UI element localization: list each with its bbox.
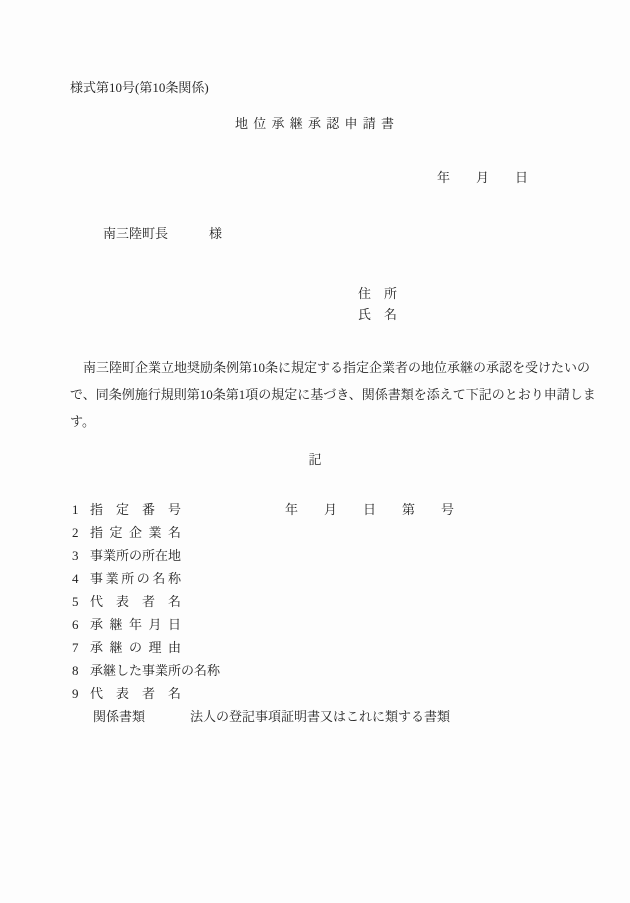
item-number: 8 (72, 659, 90, 682)
list-item-5: 5代 表 者 名 (72, 590, 220, 613)
sender-address-label: 住 所 (358, 283, 397, 304)
item-list: 1指 定 番 号年 月 日 第 号2指 定 企 業 名3事業所の所在地4事 業 … (72, 498, 220, 705)
addressee-honorific: 様 (209, 226, 222, 241)
item-number: 7 (72, 636, 90, 659)
sender-name-label: 氏 名 (358, 304, 397, 325)
document-page: 様式第10号(第10条関係) 地 位 承 継 承 認 申 請 書 年 月 日 南… (0, 0, 630, 903)
addressee-line: 南三陸町長様 (103, 224, 222, 244)
item-number: 3 (72, 544, 90, 567)
list-item-6: 6承 継 年 月 日 (72, 613, 220, 636)
item-label: 承 継 の 理 由 (90, 640, 181, 655)
list-item-4: 4事 業 所 の 名 称 (72, 567, 220, 590)
item-number: 2 (72, 521, 90, 544)
date-line: 年 月 日 (437, 168, 528, 188)
attachment-row: 関係書類法人の登記事項証明書又はこれに類する書類 (93, 705, 450, 728)
list-item-3: 3事業所の所在地 (72, 544, 220, 567)
item-value: 年 月 日 第 号 (285, 498, 454, 521)
list-item-9: 9代 表 者 名 (72, 682, 220, 705)
item-label: 承継した事業所の名称 (90, 663, 220, 678)
item-label: 代 表 者 名 (90, 686, 181, 701)
sender-block: 住 所 氏 名 (358, 283, 397, 325)
addressee-name: 南三陸町長 (103, 226, 168, 241)
item-number: 4 (72, 567, 90, 590)
body-line: す。 (70, 408, 596, 435)
item-number: 6 (72, 613, 90, 636)
body-line: 南三陸町企業立地奨励条例第10条に規定する指定企業者の地位承継の承認を受けたいの (70, 354, 596, 381)
list-item-8: 8承継した事業所の名称 (72, 659, 220, 682)
item-label: 承 継 年 月 日 (90, 617, 181, 632)
item-label: 指 定 番 号 (90, 502, 181, 517)
list-item-2: 2指 定 企 業 名 (72, 521, 220, 544)
document-title: 地 位 承 継 承 認 申 請 書 (0, 114, 630, 134)
item-label: 代 表 者 名 (90, 594, 181, 609)
body-line: で、同条例施行規則第10条第1項の規定に基づき、関係書類を添えて下記のとおり申請… (70, 381, 596, 408)
list-item-7: 7承 継 の 理 由 (72, 636, 220, 659)
attachment-value: 法人の登記事項証明書又はこれに類する書類 (190, 709, 450, 724)
list-item-1: 1指 定 番 号年 月 日 第 号 (72, 498, 220, 521)
item-number: 5 (72, 590, 90, 613)
attachment-label: 関係書類 (93, 705, 190, 728)
form-number: 様式第10号(第10条関係) (70, 78, 209, 98)
item-label: 指 定 企 業 名 (90, 525, 181, 540)
item-number: 9 (72, 682, 90, 705)
item-label: 事業所の所在地 (90, 548, 181, 563)
item-label: 事 業 所 の 名 称 (90, 571, 181, 586)
item-number: 1 (72, 498, 90, 521)
body-paragraph: 南三陸町企業立地奨励条例第10条に規定する指定企業者の地位承継の承認を受けたいの… (70, 354, 596, 435)
record-heading: 記 (0, 450, 630, 470)
